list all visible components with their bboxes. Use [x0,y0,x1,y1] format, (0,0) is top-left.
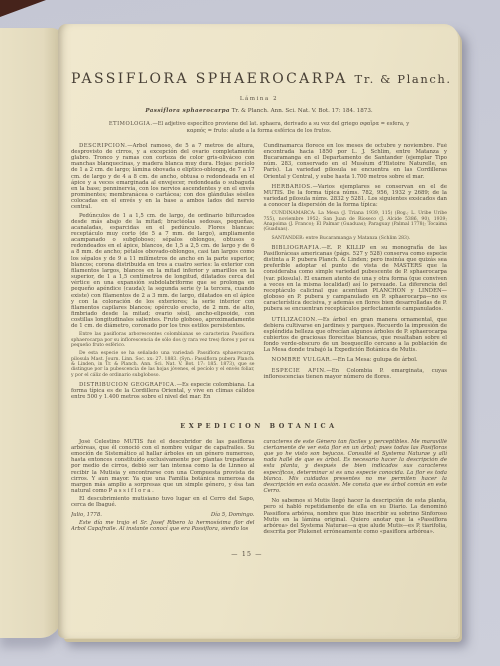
descripcion-paragraph: DESCRIPCION.—Árbol ramoso, de 5 a 7 metr… [71,143,255,211]
pedunculos-paragraph: Pedúnculos de 1 a 1,5 cm. de largo, de o… [71,213,255,330]
page-text-block: PASSIFLORA SPHAEROCARPA Tr. & Planch. Lá… [71,24,447,539]
utilizacion-paragraph: UTILIZACION.—Es árbol en gran manera orn… [264,317,448,354]
citation-reference: Tr. & Planch. Ann. Sci. Nat. V. Bot. 17:… [230,108,373,114]
diario-commentary-paragraph: No sabemos si Mutis llegó hacer la descr… [264,498,448,535]
title-authority: Tr. & Planch. [355,72,452,86]
herbarios-paragraph: HERBARIOS.—Varios ejemplares se conserva… [264,184,448,209]
book-cover-corner [0,0,46,17]
footnote-caracteristica: Entre las pasifloras arborescentes colom… [71,332,255,348]
expedicion-botanica-header: EXPEDICION BOTANICA [71,422,447,430]
distribucion-paragraph: DISTRIBUCION GEOGRAFICA.—Es especie colo… [71,382,255,400]
diary-date-day: Día 5, Domingo. [211,512,255,518]
diary-quote-right: caracteres de este Género tan fáciles y … [264,439,448,494]
photo-background: PASSIFLORA SPHAEROCARPA Tr. & Planch. Lá… [0,0,500,666]
article-columns: DESCRIPCION.—Árbol ramoso, de 5 a 7 metr… [71,143,447,414]
nombre-vulgar-label: NOMBRE VULGAR. [272,357,333,363]
citation-species: Passiflora sphaerocarpa [145,108,230,114]
footnote-variedad: De esta especie se ha señalado una varie… [71,351,255,377]
diary-date-month: Julio, 1778. [71,512,102,518]
expedicion-left-column: José Celestino MUTIS fué el descubridor … [71,439,255,539]
expedicion-right-column: caracteres de este Género tan fáciles y … [264,439,448,539]
descripcion-label: DESCRIPCION. [79,143,127,149]
cerro-del-sapo-paragraph: El descubrimiento mutisiano tuvo lugar e… [71,496,255,508]
book-page: PASSIFLORA SPHAEROCARPA Tr. & Planch. Lá… [58,24,458,638]
especie-afin-paragraph: ESPECIE AFIN.—En Colombia P. emarginata,… [264,368,448,380]
article-right-column: Cundinamarca florece en los meses de oct… [264,143,448,414]
diary-date-line: Julio, 1778.Día 5, Domingo. [71,512,255,518]
especie-afin-label: ESPECIE AFIN. [272,368,327,374]
diary-quote-left: Este día me trajo el Sr. Josef Ribero la… [71,520,255,532]
utilizacion-text: —Es árbol en gran manera ornamental, que… [264,317,448,354]
bibliografia-text: —E. P. KILLIP en su monografía de las Pa… [264,245,448,313]
herbarios-label: HERBARIOS. [272,184,313,190]
exsiccata-cundinamarca: CUNDINAMARCA: La Mesa (J. Triana 1939, 1… [264,211,448,232]
article-left-column: DESCRIPCION.—Árbol ramoso, de 5 a 7 metr… [71,143,255,414]
utilizacion-label: UTILIZACION. [272,317,318,323]
bibliografia-label: BIBLIOGRAFIA. [272,245,322,251]
nombre-vulgar-text: —En La Mesa: gulupa de árbol. [332,357,417,363]
lamina-caption: Lámina 2 [71,96,447,102]
bibliografia-paragraph: BIBLIOGRAFIA.—E. P. KILLIP en su monogra… [264,245,448,313]
exsiccata-santander: SANTANDER: entre Bucaramanga y Matanza (… [264,236,448,241]
descripcion-text: —Árbol ramoso, de 5 a 7 metros de altura… [71,143,255,211]
citation-line: Passiflora sphaerocarpa Tr. & Planch. An… [71,108,447,114]
etimologia-paragraph: ETIMOLOGIA.—El adjetivo específico provi… [102,121,416,133]
species-title: PASSIFLORA SPHAEROCARPA [71,71,348,87]
mutis-discovery-paragraph: José Celestino MUTIS fué el descubridor … [71,439,255,494]
page-title: PASSIFLORA SPHAEROCARPA Tr. & Planch. [71,71,447,87]
distribucion-continuation: Cundinamarca florece en los meses de oct… [264,143,448,180]
expedicion-columns: José Celestino MUTIS fué el descubridor … [71,439,447,539]
page-number: — 15 — [58,551,436,558]
left-page [0,28,62,638]
etimologia-label: ETIMOLOGIA. [109,121,153,127]
nombre-vulgar-paragraph: NOMBRE VULGAR.—En La Mesa: gulupa de árb… [264,357,448,363]
etimologia-text: —El adjetivo específico proviene del lat… [153,121,410,133]
distribucion-label: DISTRIBUCION GEOGRAFICA. [79,382,177,388]
